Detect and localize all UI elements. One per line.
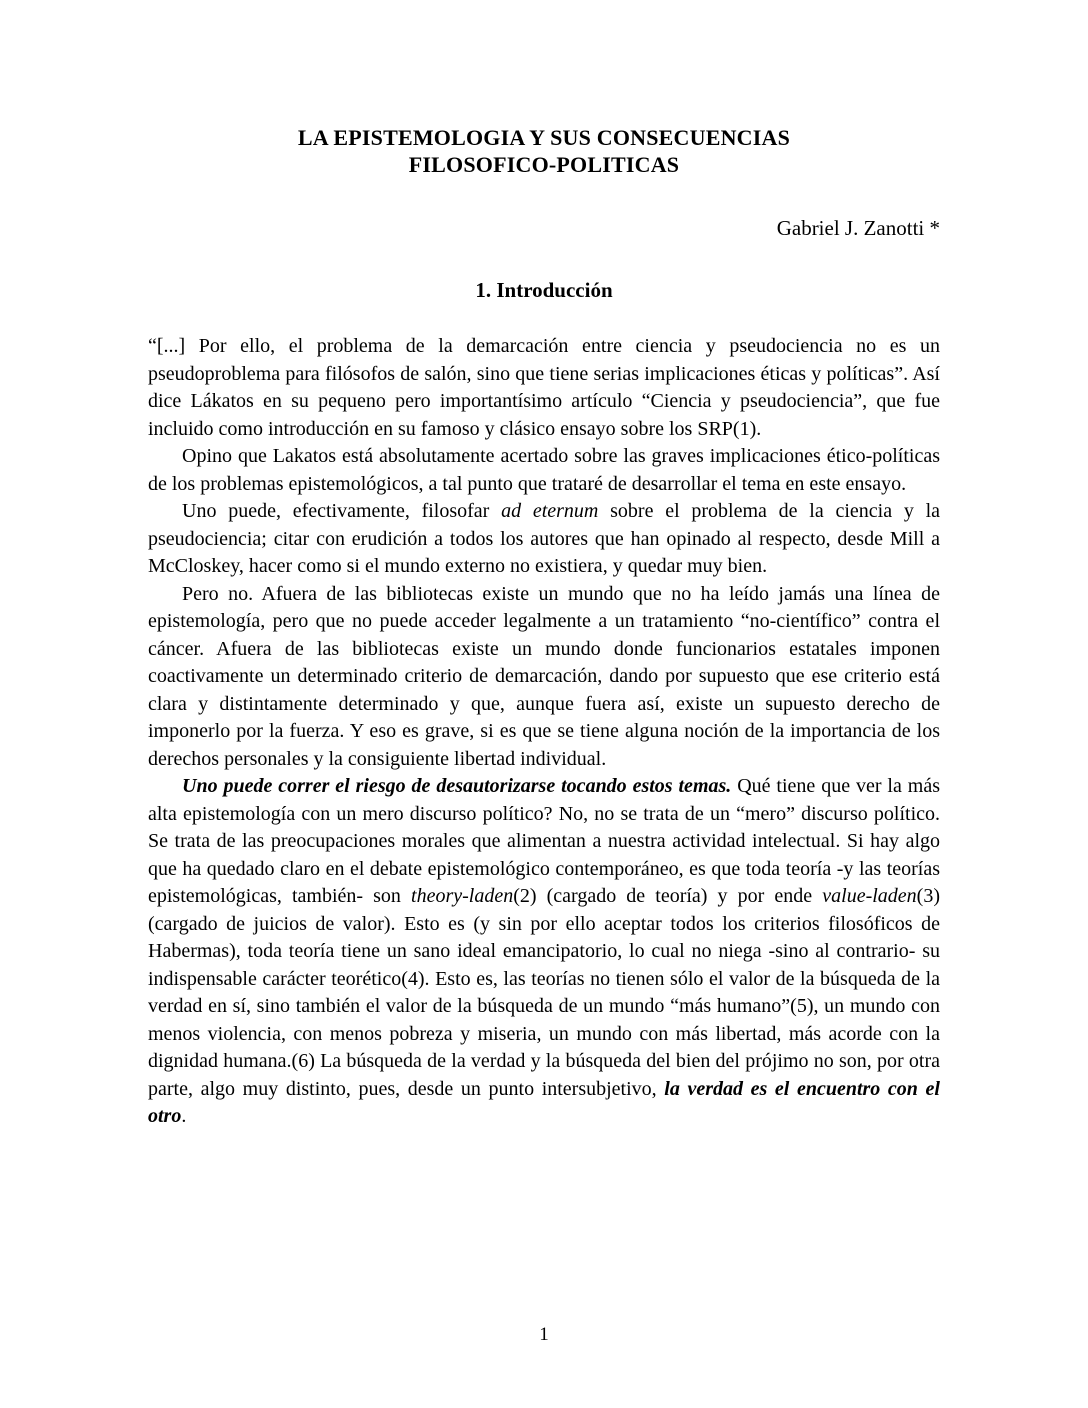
text-run: Opino que Lakatos está absolutamente ace… [148,445,940,495]
page-number: 1 [0,1324,1088,1346]
document-page: LA EPISTEMOLOGIA Y SUS CONSECUENCIAS FIL… [0,0,1088,1408]
text-run: Uno puede correr el riesgo de desautoriz… [182,775,731,797]
paragraph: Pero no. Afuera de las bibliotecas exist… [148,581,940,774]
text-run: Uno puede, efectivamente, filosofar [182,500,501,522]
text-run: value-laden [822,885,916,907]
document-title: LA EPISTEMOLOGIA Y SUS CONSECUENCIAS FIL… [148,124,940,178]
text-run: (3) (cargado de juicios de valor). Esto … [148,885,940,1100]
paragraph: Uno puede correr el riesgo de desautoriz… [148,773,940,1131]
text-run: . [181,1105,186,1127]
body-text: “[...] Por ello, el problema de la demar… [148,333,940,1131]
section-heading: 1. Introducción [148,277,940,303]
paragraph: Opino que Lakatos está absolutamente ace… [148,443,940,498]
text-run: “[...] Por ello, el problema de la demar… [148,335,940,440]
text-run: theory-laden [411,885,513,907]
paragraph: Uno puede, efectivamente, filosofar ad e… [148,498,940,581]
title-line-2: FILOSOFICO-POLITICAS [409,152,680,177]
title-line-1: LA EPISTEMOLOGIA Y SUS CONSECUENCIAS [298,125,790,150]
author-line: Gabriel J. Zanotti * [148,215,940,241]
text-run: (2) (cargado de teoría) y por ende [513,885,822,907]
text-run: Pero no. Afuera de las bibliotecas exist… [148,583,940,770]
text-run: ad eternum [501,500,598,522]
paragraph: “[...] Por ello, el problema de la demar… [148,333,940,443]
